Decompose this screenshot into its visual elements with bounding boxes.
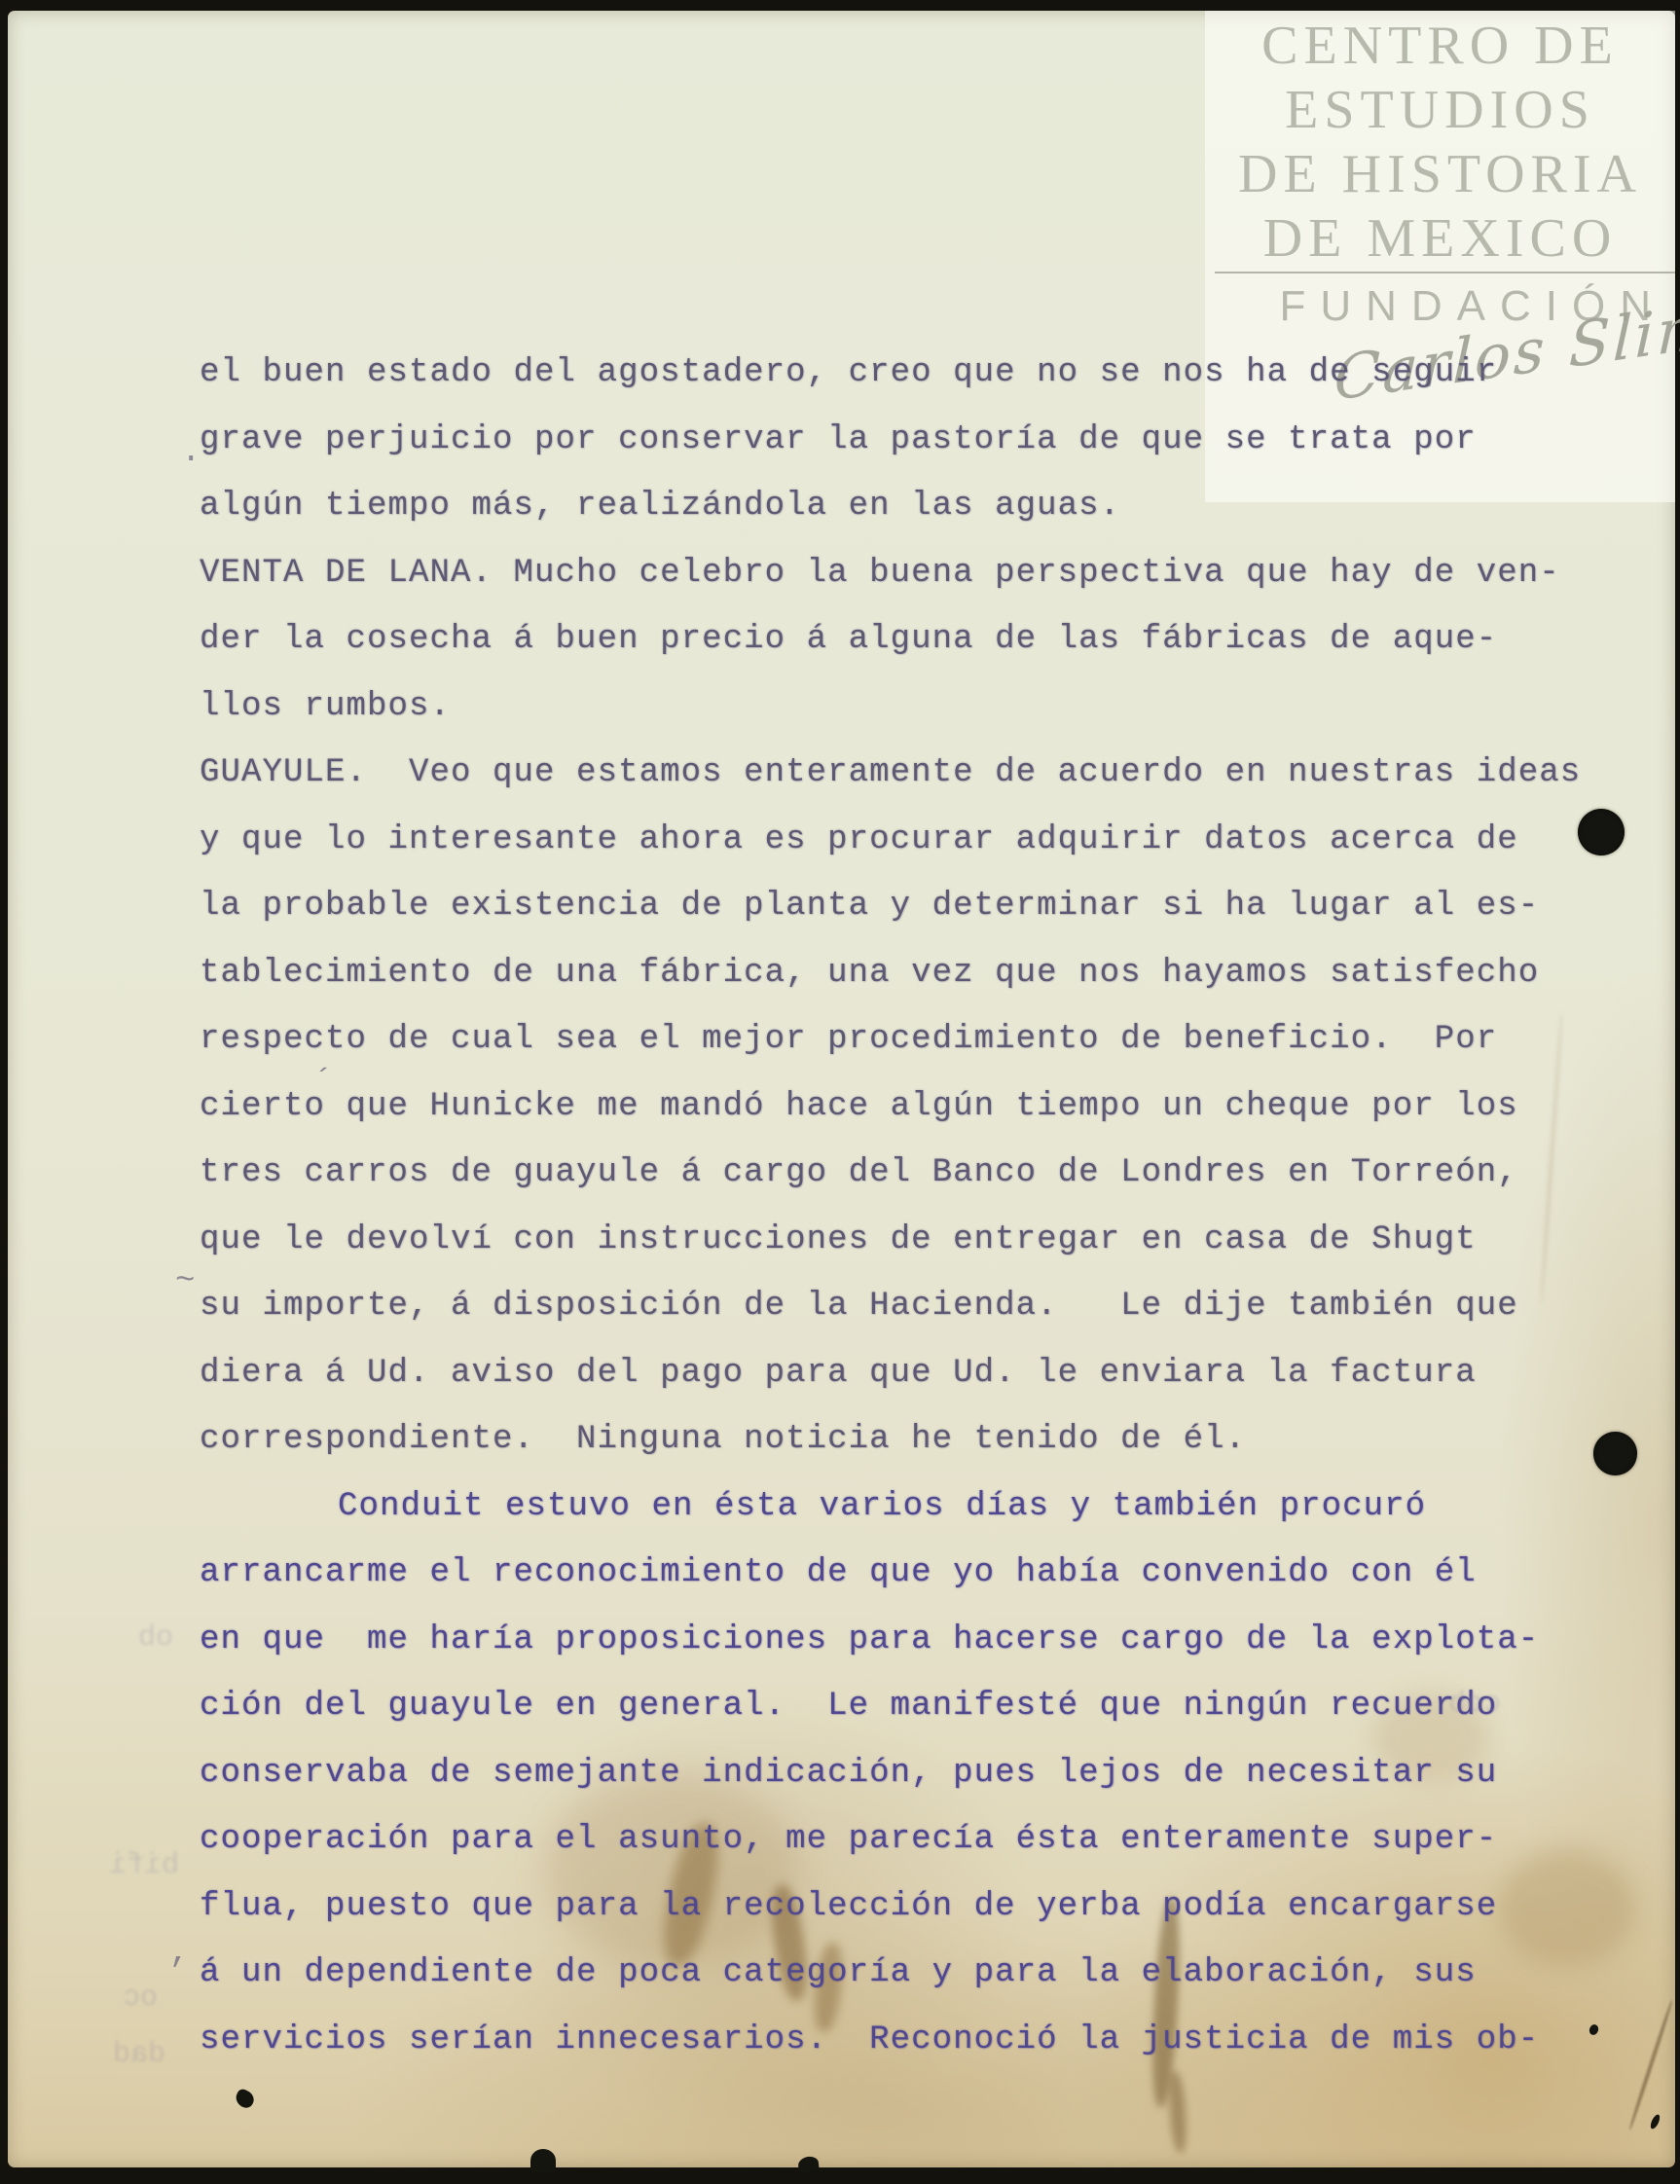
typed-line-6: llos rumbos. bbox=[200, 690, 451, 723]
watermark-line-1: CENTRO DE bbox=[1261, 18, 1619, 73]
typed-line-1: el buen estado del agostadero, creo que … bbox=[200, 356, 1497, 389]
typed-line-23: cooperación para el asunto, me parecía é… bbox=[200, 1823, 1497, 1856]
typed-line-25: á un dependiente de poca categoría y par… bbox=[200, 1956, 1477, 1989]
typed-line-3: algún tiempo más, realizándola en las ag… bbox=[200, 490, 1120, 523]
stray-mark: ~ bbox=[175, 1265, 195, 1298]
typed-line-12: cierto que Hunicke me mandó hace algún t… bbox=[200, 1090, 1518, 1123]
punch-hole-top bbox=[1578, 809, 1625, 855]
typed-line-20: en que me haría proposiciones para hacer… bbox=[200, 1623, 1539, 1656]
typed-line-13: tres carros de guayule á cargo del Banco… bbox=[200, 1156, 1518, 1189]
ink-blot bbox=[530, 2149, 556, 2172]
typed-line-17: correspondiente. Ninguna noticia he teni… bbox=[200, 1423, 1246, 1456]
typed-line-26: servicios serían innecesarios. Reconoció… bbox=[200, 2023, 1539, 2057]
watermark-line-2: ESTUDIOS bbox=[1285, 83, 1595, 137]
typed-line-8: y que lo interesante ahora es procurar a… bbox=[200, 823, 1518, 856]
typed-line-4: VENTA DE LANA. Mucho celebro la buena pe… bbox=[200, 557, 1560, 590]
typed-line-24: flua, puesto que para la recolección de … bbox=[200, 1890, 1497, 1923]
watermark-line-4: DE MEXICO bbox=[1263, 211, 1618, 266]
typed-line-5: der la cosecha á buen precio á alguna de… bbox=[200, 623, 1497, 656]
stain bbox=[1499, 1849, 1635, 1966]
ghost-mark: bifi bbox=[109, 1851, 179, 1880]
stray-mark: ´ bbox=[313, 1067, 333, 1100]
typed-line-7: GUAYULE. Veo que estamos enteramente de … bbox=[200, 756, 1581, 789]
stray-mark: . bbox=[181, 436, 201, 469]
ghost-mark: oc bbox=[123, 1984, 158, 2013]
typed-line-9: la probable existencia de planta y deter… bbox=[200, 890, 1539, 923]
scanned-letter-page: CENTRO DE ESTUDIOS DE HISTORIA DE MEXICO… bbox=[0, 0, 1680, 2184]
typed-line-14: que le devolví con instrucciones de entr… bbox=[200, 1223, 1477, 1256]
typed-line-16: diera á Ud. aviso del pago para que Ud. … bbox=[200, 1357, 1477, 1390]
typed-line-21: ción del guayule en general. Le manifest… bbox=[200, 1690, 1497, 1723]
typed-line-10: tablecimiento de una fábrica, una vez qu… bbox=[200, 957, 1539, 990]
typed-line-22: conservaba de semejante indicación, pues… bbox=[200, 1757, 1497, 1790]
typed-line-15: su importe, á disposición de la Hacienda… bbox=[200, 1290, 1518, 1323]
typed-line-11: respecto de cual sea el mejor procedimie… bbox=[200, 1023, 1497, 1056]
typed-line-2: grave perjuicio por conservar la pastorí… bbox=[200, 423, 1477, 456]
ghost-mark: cob bbox=[1448, 1690, 1501, 1719]
typed-line-19: arrancarme el reconocimiento de que yo h… bbox=[200, 1556, 1477, 1589]
watermark-org-name: CENTRO DE ESTUDIOS DE HISTORIA DE MEXICO bbox=[1205, 18, 1675, 266]
punch-hole-bottom bbox=[1593, 1432, 1637, 1475]
typed-line-18: Conduit estuvo en ésta varios días y tam… bbox=[338, 1490, 1426, 1523]
ghost-mark: dad bbox=[113, 2040, 165, 2069]
stray-mark: , bbox=[169, 1937, 189, 1970]
watermark-line-3: DE HISTORIA bbox=[1238, 147, 1642, 201]
watermark-divider bbox=[1215, 272, 1675, 273]
ghost-mark: ob bbox=[138, 1623, 173, 1653]
